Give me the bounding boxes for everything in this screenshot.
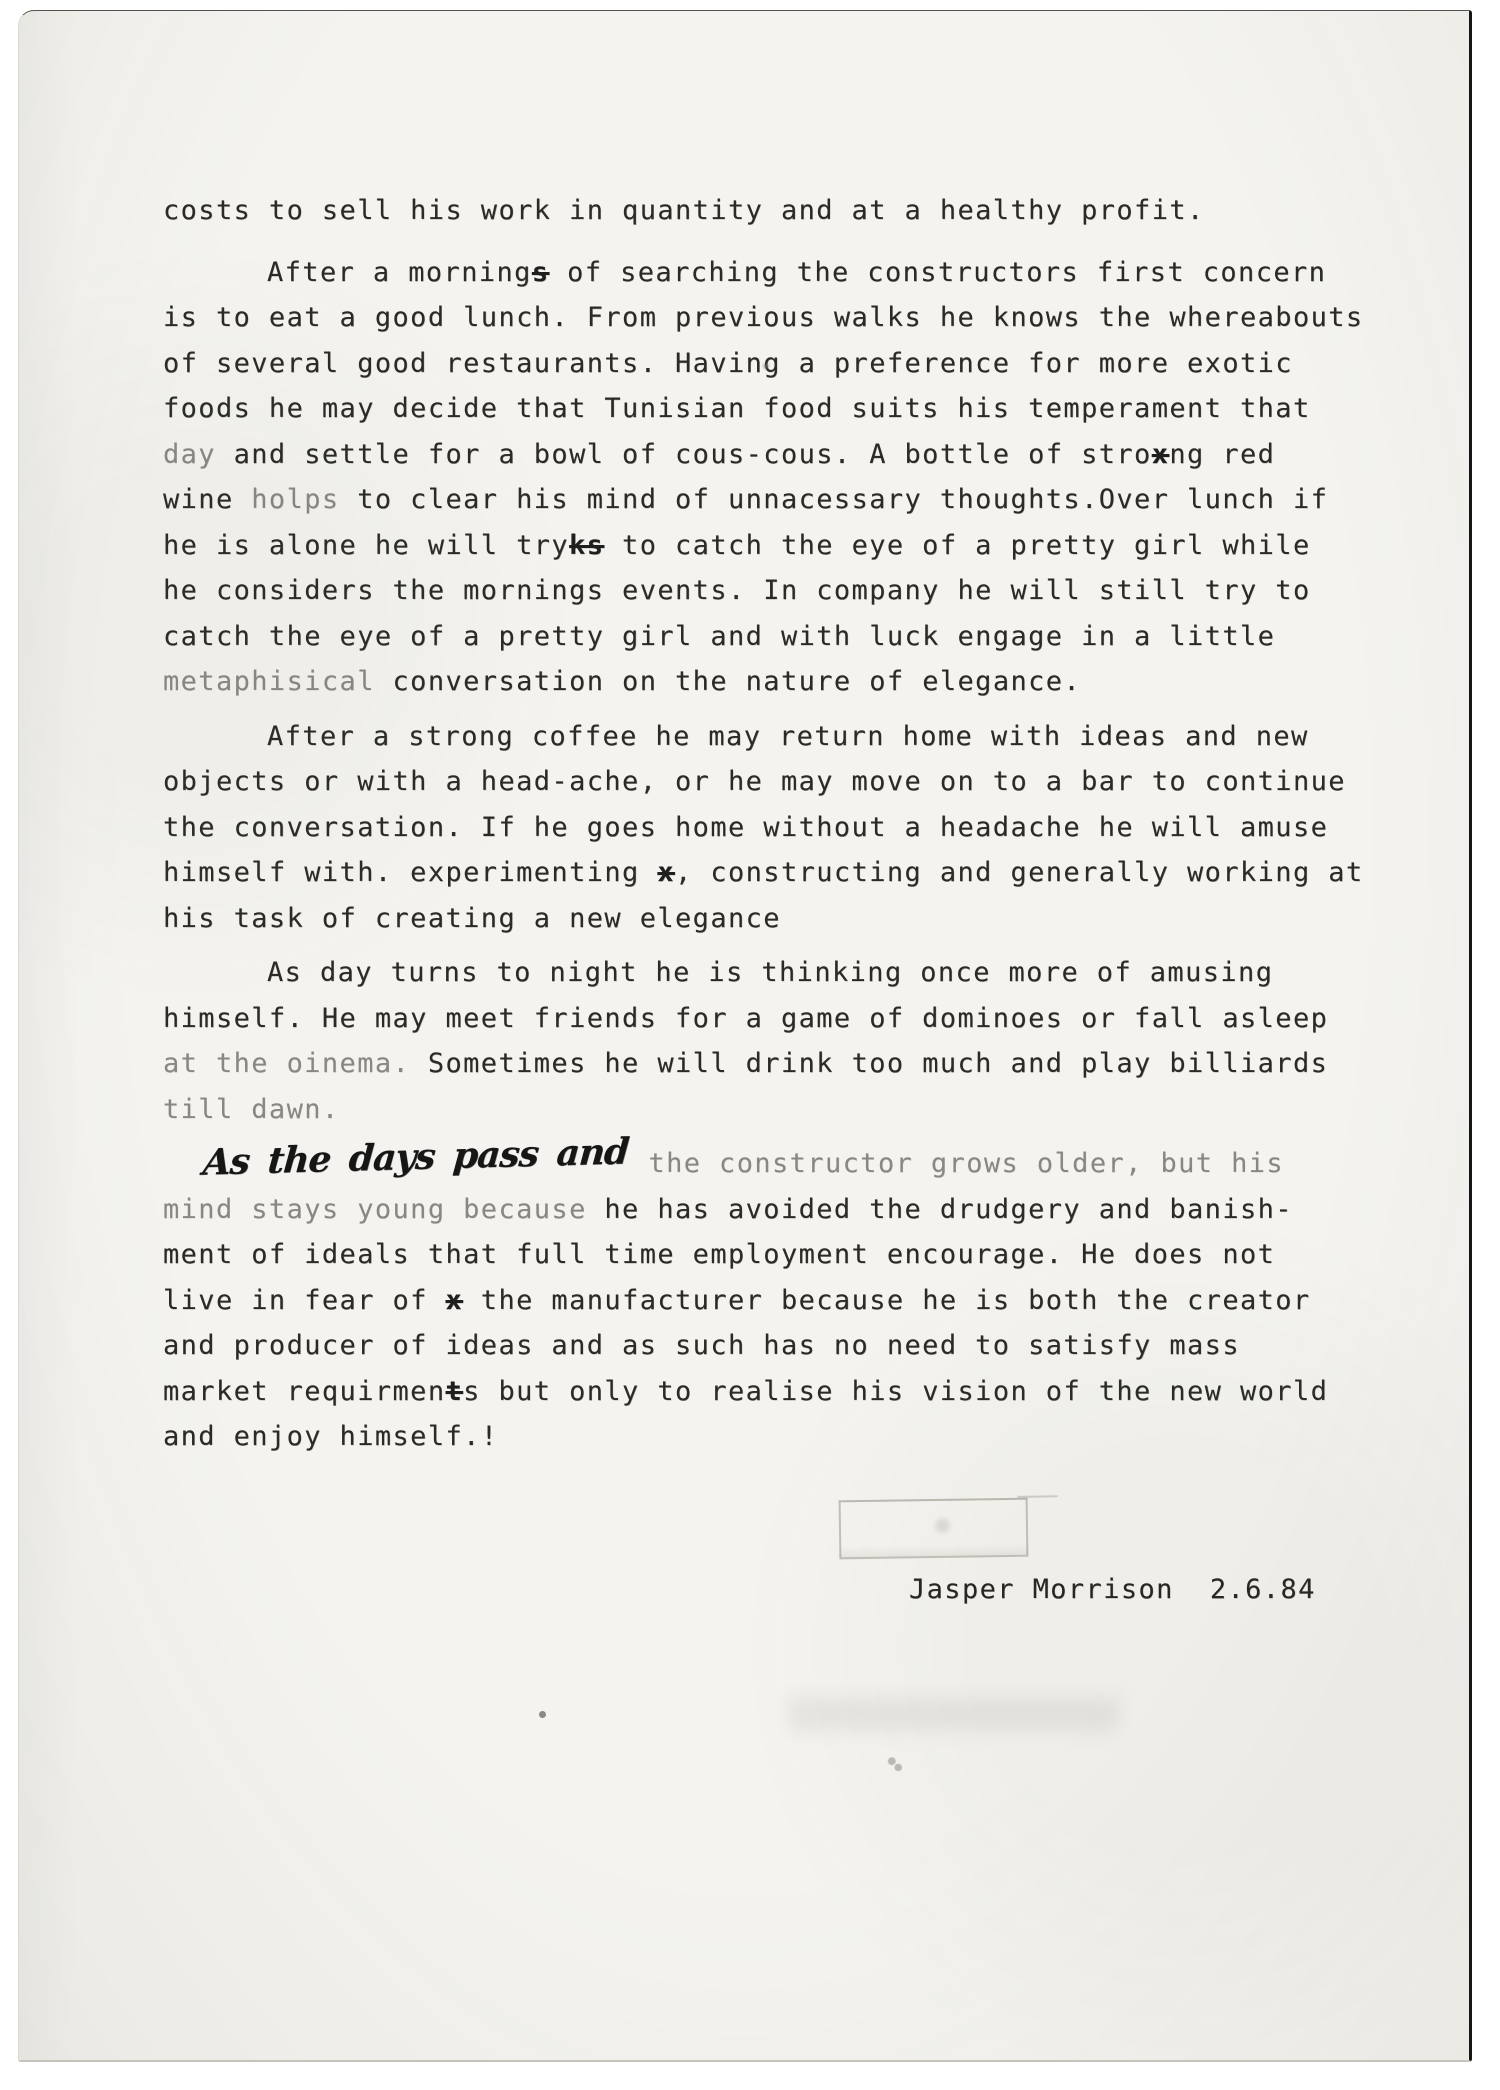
text-segment: the constructor grows older, but his xyxy=(648,1148,1284,1179)
faded-stamp-box xyxy=(839,1498,1029,1560)
text-segment: he is alone he will try xyxy=(163,530,569,561)
text-segment: to catch the eye of a pretty girl while xyxy=(604,530,1310,561)
text-line: is to eat a good lunch. From previous wa… xyxy=(163,295,1413,341)
text-line: he is alone he will tryks to catch the e… xyxy=(163,523,1413,569)
text-line: at the oinema. Sometimes he will drink t… xyxy=(163,1041,1413,1087)
paragraph: As the days pass andthe constructor grow… xyxy=(163,1141,1413,1460)
text-line: mind stays young because he has avoided … xyxy=(163,1187,1413,1233)
text-segment: the conversation. If he goes home withou… xyxy=(163,812,1328,843)
text-segment: objects or with a head-ache, or he may m… xyxy=(163,766,1346,797)
text-line: catch the eye of a pretty girl and with … xyxy=(163,614,1413,660)
text-segment: costs to sell his work in quantity and a… xyxy=(163,195,1205,226)
paragraph: As day turns to night he is thinking onc… xyxy=(163,950,1413,1132)
text-segment: ng red xyxy=(1169,439,1275,470)
text-segment: After a strong coffee he may return home… xyxy=(267,721,1309,752)
text-line: till dawn. xyxy=(163,1087,1413,1133)
text-segment: s xyxy=(532,257,550,288)
signature-name: Jasper Morrison xyxy=(909,1574,1174,1605)
text-segment: he considers the mornings events. In com… xyxy=(163,575,1311,606)
signature-line: Jasper Morrison2.6.84 xyxy=(909,1567,1316,1612)
text-segment: of searching the constructors first conc… xyxy=(550,257,1327,288)
text-segment: , constructing and generally working at xyxy=(675,857,1364,888)
paragraph: After a strong coffee he may return home… xyxy=(163,714,1413,942)
scanned-paper: costs to sell his work in quantity and a… xyxy=(18,10,1472,2062)
text-segment: live in fear of xyxy=(163,1285,446,1316)
text-segment: to clear his mind of unnacessary thought… xyxy=(340,484,1329,515)
text-line: himself with. experimenting x, construct… xyxy=(163,850,1413,896)
ink-speck xyxy=(763,363,769,369)
text-segment: his task of creating a new elegance xyxy=(163,903,781,934)
text-segment: s but only to realise his vision of the … xyxy=(463,1376,1328,1407)
text-segment: catch the eye of a pretty girl and with … xyxy=(163,621,1275,652)
text-segment: market requirmen xyxy=(163,1376,446,1407)
text-segment: x xyxy=(1152,439,1170,470)
text-segment: conversation on the nature of elegance. xyxy=(375,666,1081,697)
text-line: objects or with a head-ache, or he may m… xyxy=(163,759,1413,805)
text-line: himself. He may meet friends for a game … xyxy=(163,996,1413,1042)
text-segment: of several good restaurants. Having a pr… xyxy=(163,348,1293,379)
text-segment: wine xyxy=(163,484,251,515)
text-line: his task of creating a new elegance xyxy=(163,896,1413,942)
text-line: the conversation. If he goes home withou… xyxy=(163,805,1413,851)
text-segment: After a morning xyxy=(267,257,532,288)
text-line: live in fear of x the manufacturer becau… xyxy=(163,1278,1413,1324)
text-line: As day turns to night he is thinking onc… xyxy=(163,950,1413,996)
text-segment: he has avoided the drudgery and banish- xyxy=(587,1194,1293,1225)
text-line: and enjoy himself.! xyxy=(163,1414,1413,1460)
text-line: wine holps to clear his mind of unnacess… xyxy=(163,477,1413,523)
text-segment: till dawn. xyxy=(163,1094,340,1125)
text-line: After a mornings of searching the constr… xyxy=(163,250,1413,296)
text-segment: at the oinema. xyxy=(163,1048,410,1079)
text-line: and producer of ideas and as such has no… xyxy=(163,1323,1413,1369)
signature-date: 2.6.84 xyxy=(1210,1574,1316,1605)
text-segment: and settle for a bowl of cous-cous. A bo… xyxy=(216,439,1152,470)
ghost-smudge xyxy=(789,1697,1119,1731)
text-segment: the manufacturer because he is both the … xyxy=(463,1285,1310,1316)
text-segment: ment of ideals that full time employment… xyxy=(163,1239,1275,1270)
text-segment: day xyxy=(163,439,216,470)
text-segment: himself. He may meet friends for a game … xyxy=(163,1003,1328,1034)
text-line: of several good restaurants. Having a pr… xyxy=(163,341,1413,387)
text-segment: x xyxy=(446,1285,464,1316)
ink-dot xyxy=(539,1711,546,1718)
typewritten-text: costs to sell his work in quantity and a… xyxy=(163,188,1413,1460)
text-segment: and producer of ideas and as such has no… xyxy=(163,1330,1240,1361)
text-segment: metaphisical xyxy=(163,666,375,697)
text-line: ment of ideals that full time employment… xyxy=(163,1232,1413,1278)
text-segment: holps xyxy=(251,484,339,515)
text-line: costs to sell his work in quantity and a… xyxy=(163,188,1413,234)
text-line: he considers the mornings events. In com… xyxy=(163,568,1413,614)
text-segment: and enjoy himself.! xyxy=(163,1421,498,1452)
text-segment: himself with. experimenting xyxy=(163,857,657,888)
text-segment: mind stays young because xyxy=(163,1194,587,1225)
text-segment: t xyxy=(446,1376,464,1407)
text-line: foods he may decide that Tunisian food s… xyxy=(163,386,1413,432)
text-segment: ks xyxy=(569,530,604,561)
text-line: day and settle for a bowl of cous-cous. … xyxy=(163,432,1413,478)
text-segment: is to eat a good lunch. From previous wa… xyxy=(163,302,1364,333)
text-segment: foods he may decide that Tunisian food s… xyxy=(163,393,1311,424)
text-segment: As day turns to night he is thinking onc… xyxy=(267,957,1273,988)
text-line: market requirments but only to realise h… xyxy=(163,1369,1413,1415)
text-segment: Sometimes he will drink too much and pla… xyxy=(410,1048,1328,1079)
paragraph: After a mornings of searching the constr… xyxy=(163,250,1413,705)
text-line: After a strong coffee he may return home… xyxy=(163,714,1413,760)
handwritten-annotation: As the days pass and xyxy=(202,1133,630,1180)
tiny-marks xyxy=(887,1757,903,1771)
text-segment: x xyxy=(657,857,675,888)
paragraph: costs to sell his work in quantity and a… xyxy=(163,188,1413,234)
text-line: As the days pass andthe constructor grow… xyxy=(163,1141,1413,1187)
text-line: metaphisical conversation on the nature … xyxy=(163,659,1413,705)
